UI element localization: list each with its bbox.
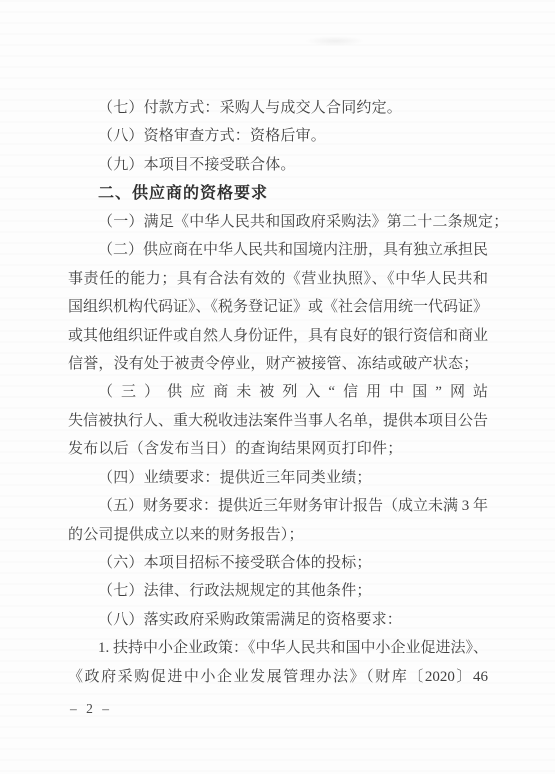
document-line: 信誉，没有处于被责令停业，财产被接管、冻结或破产状态； [68, 350, 488, 378]
document-line: 或其他组织证件或自然人身份证件，具有良好的银行资信和商业 [68, 322, 488, 350]
document-line: 1. 扶持中小企业政策：《中华人民共和国中小企业促进法》、 [68, 634, 488, 662]
scan-smudge-artifact [305, 36, 365, 46]
document-page: （七）付款方式：采购人与成交人合同约定。（八）资格审查方式：资格后审。（九）本项… [0, 0, 555, 774]
document-line: （八）资格审查方式：资格后审。 [68, 122, 488, 150]
document-line: （九）本项目不接受联合体。 [68, 151, 488, 179]
page-number: – 2 – [70, 699, 112, 719]
document-line: （八）落实政府采购政策需满足的资格要求： [68, 606, 488, 634]
document-line: 发布以后（含发布当日）的查询结果网页打印件； [68, 435, 488, 463]
document-line: （四）业绩要求：提供近三年同类业绩； [68, 464, 488, 492]
document-line: （五）财务要求：提供近三年财务审计报告（成立未满 3 年 [68, 492, 488, 520]
document-line: （三）供应商未被列入“信用中国”网站（www.creditchina.gov.c… [68, 378, 488, 406]
document-line: 《政府采购促进中小企业发展管理办法》（财库〔2020〕46 号）、 [68, 663, 488, 691]
document-line: 国组织机构代码证》、《税务登记证》或《社会信用统一代码证》 [68, 293, 488, 321]
document-line: 的公司提供成立以来的财务报告）； [68, 521, 488, 549]
document-line: （二）供应商在中华人民共和国境内注册，具有独立承担民 [68, 236, 488, 264]
document-line: （六）本项目招标不接受联合体的投标； [68, 549, 488, 577]
document-line: 事责任的能力；具有合法有效的《营业执照》、《中华人民共和 [68, 265, 488, 293]
document-line: （七）法律、行政法规规定的其他条件； [68, 577, 488, 605]
document-line: 失信被执行人、重大税收违法案件当事人名单，提供本项目公告 [68, 407, 488, 435]
document-lines: （七）付款方式：采购人与成交人合同约定。（八）资格审查方式：资格后审。（九）本项… [68, 94, 488, 691]
document-line: （一）满足《中华人民共和国政府采购法》第二十二条规定； [68, 208, 488, 236]
section-heading: 二、供应商的资格要求 [68, 179, 488, 207]
document-line: （七）付款方式：采购人与成交人合同约定。 [68, 94, 488, 122]
